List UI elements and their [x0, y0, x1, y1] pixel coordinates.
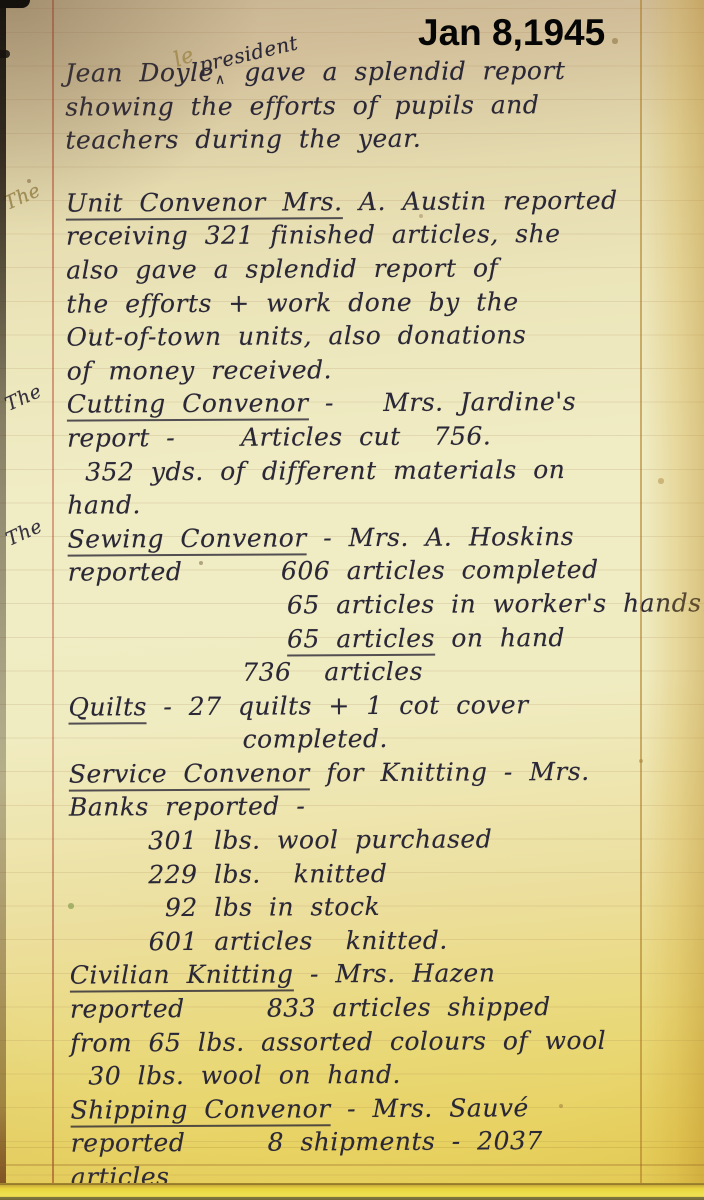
text-segment: report - Articles cut 756.	[67, 421, 491, 452]
handwriting-line: 92 lbs in stock	[53, 889, 699, 926]
handwriting-line: TheUnit Convenor Mrs. A. Austin reported	[50, 183, 696, 220]
text-segment: completed.	[243, 724, 389, 754]
underlined-text: Cutting Convenor	[67, 389, 309, 422]
text-segment: 229 lbs. knitted	[148, 859, 387, 889]
handwriting-line: from 65 lbs. assorted colours of wool	[54, 1023, 700, 1060]
underlined-text: Shipping Convenor	[70, 1094, 330, 1127]
text-segment: 92 lbs in stock	[148, 892, 380, 922]
handwriting-line: teachers during the year.	[49, 121, 695, 158]
text-segment: also gave a splendid report of	[66, 253, 498, 284]
handwriting-line: Banks reported -	[53, 788, 699, 825]
text-segment: of money received.	[67, 355, 333, 385]
text-segment: - Mrs. Sauvé	[331, 1093, 529, 1123]
text-segment: - Mrs. Jardine's	[308, 387, 576, 417]
handwriting-line: showing the efforts of pupils and	[49, 87, 695, 124]
right-edge-shading	[640, 0, 704, 1200]
handwriting-line: receiving 321 finished articles, she	[50, 217, 696, 254]
handwriting-line: 301 lbs. wool purchased	[53, 821, 699, 858]
handwriting-line: Shipping Convenor - Mrs. Sauvé	[54, 1090, 700, 1127]
handwriting-line: 601 articles knitted.	[54, 922, 700, 959]
handwriting-lines: Jean Doylelepresident∧ gave a splendid r…	[49, 53, 701, 1194]
scanned-page: Jean Doylelepresident∧ gave a splendid r…	[0, 0, 704, 1200]
handwriting-line: Quilts - 27 quilts + 1 cot cover	[52, 687, 698, 724]
underlined-text: Quilts	[68, 692, 147, 724]
handwriting-line: report - Articles cut 756.	[51, 418, 697, 455]
handwriting-line: also gave a splendid report of	[50, 250, 696, 287]
handwriting-line: completed.	[53, 721, 699, 758]
text-segment: - 27 quilts + 1 cot cover	[147, 690, 529, 721]
text-segment: Out-of-town units, also donations	[66, 320, 526, 351]
underlined-text: Sewing Convenor	[67, 523, 306, 556]
handwriting-line: reported 606 articles completed	[52, 553, 698, 590]
handwriting-line: reported 833 articles shipped	[54, 989, 700, 1026]
bottom-rule-line	[0, 1164, 704, 1166]
text-segment: showing the efforts of pupils and	[65, 90, 539, 121]
bottom-page-edge	[0, 1183, 704, 1200]
text-segment: reported 833 articles shipped	[70, 992, 551, 1024]
text-segment: teachers during the year.	[65, 124, 421, 155]
inserted-word: lepresident∧	[214, 71, 228, 81]
text-segment: 601 articles knitted.	[149, 925, 448, 956]
handwriting-line: 65 articles on hand	[52, 620, 698, 657]
left-page-edge	[0, 0, 6, 1200]
handwriting-line: Out-of-town units, also donations	[50, 317, 696, 354]
handwriting-line: reported 8 shipments - 2037	[55, 1124, 701, 1161]
handwriting-line: 352 yds. of different materials on	[51, 452, 697, 489]
text-segment: - Mrs. A. Hoskins	[307, 522, 574, 552]
text-segment: receiving 321 finished articles, she	[66, 219, 561, 251]
date-stamp: Jan 8,1945	[418, 12, 605, 54]
corner-shadow	[0, 0, 30, 8]
handwriting-line: hand.	[51, 485, 697, 522]
underlined-text: 65 articles	[287, 623, 435, 656]
handwriting-line: of money received.	[51, 351, 697, 388]
text-segment: gave a splendid report	[228, 56, 566, 87]
text-segment: the efforts + work done by the	[66, 287, 518, 318]
handwriting-line: Civilian Knitting - Mrs. Hazen	[54, 956, 700, 993]
underlined-text: Civilian Knitting	[70, 960, 294, 993]
handwriting-line: 736 articles	[52, 653, 698, 690]
text-segment: - Mrs. Hazen	[293, 959, 495, 989]
text-segment: 301 lbs. wool purchased	[148, 824, 492, 855]
handwriting-line: TheSewing Convenor - Mrs. A. Hoskins	[51, 519, 697, 556]
handwriting-line: 65 articles in worker's hands.	[52, 586, 698, 623]
text-segment: 352 yds. of different materials on	[85, 455, 565, 487]
text-segment: hand.	[67, 490, 141, 519]
bottom-rule-line-faint	[0, 1147, 704, 1148]
handwriting-line: TheCutting Convenor - Mrs. Jardine's	[51, 385, 697, 422]
handwriting-line: 30 lbs. wool on hand.	[54, 1057, 700, 1094]
caret-mark: ∧	[215, 73, 226, 87]
handwriting-line: Jean Doylelepresident∧ gave a splendid r…	[49, 53, 695, 90]
text-segment: 30 lbs. wool on hand.	[88, 1060, 401, 1091]
handwriting-line: the efforts + work done by the	[50, 284, 696, 321]
underlined-text: Service Convenor	[69, 758, 310, 791]
text-segment: reported 8 shipments - 2037	[71, 1127, 543, 1158]
handwriting-line: Service Convenor for Knitting - Mrs.	[53, 754, 699, 791]
text-segment: from 65 lbs. assorted colours of wool	[70, 1025, 606, 1057]
underlined-text: Unit Convenor Mrs.	[66, 187, 343, 220]
text-segment: on hand	[435, 623, 565, 653]
text-segment: 736 articles	[242, 657, 423, 687]
handwriting-line: 229 lbs. knitted	[53, 855, 699, 892]
text-segment: A. Austin reported	[342, 186, 617, 216]
text-segment: for Knitting - Mrs.	[310, 757, 590, 787]
text-segment: Banks reported -	[69, 792, 305, 822]
text-segment: reported 606 articles completed	[68, 555, 599, 587]
